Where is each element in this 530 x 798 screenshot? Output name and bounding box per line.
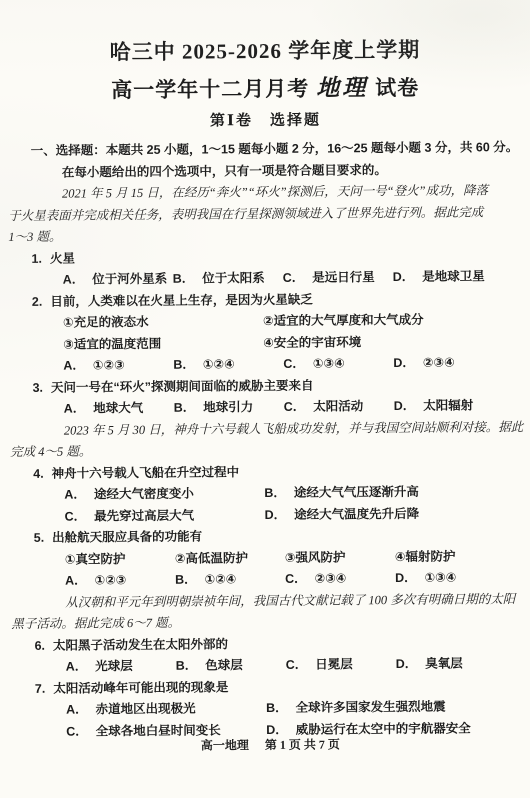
option-a: A．赤道地区出现极光 bbox=[66, 698, 266, 721]
option-label: C． bbox=[286, 658, 308, 672]
option-b: B．途经大气气压逐渐升高 bbox=[264, 482, 419, 505]
question-number: 2. bbox=[32, 291, 43, 313]
subitem-1: ①真空防护 bbox=[65, 548, 175, 570]
passage-3-line-1: 从汉朝和平元年到明朝崇祯年间，我国古代文献记载了 100 多次有明确日期的太阳 bbox=[4, 588, 530, 614]
option-a: A．光球层 bbox=[66, 656, 176, 678]
option-text: ①②④ bbox=[203, 357, 235, 371]
option-label: C． bbox=[283, 271, 305, 285]
option-c: C．日冕层 bbox=[286, 654, 396, 676]
option-text: ②③④ bbox=[315, 571, 347, 585]
option-label: C． bbox=[284, 400, 306, 414]
option-c: C．最先穿过高层大气 bbox=[64, 505, 264, 528]
option-text: ①③④ bbox=[313, 356, 345, 370]
option-text: 途经大气温度先升后降 bbox=[294, 506, 419, 521]
option-d: D．是地球卫星 bbox=[393, 266, 485, 288]
option-text: 位于河外星系 bbox=[92, 272, 167, 287]
option-c: C．②③④ bbox=[285, 568, 395, 590]
option-text: ①②③ bbox=[93, 358, 125, 372]
question-number: 1. bbox=[31, 248, 42, 270]
option-label: D． bbox=[393, 356, 415, 370]
option-label: D． bbox=[395, 571, 417, 585]
option-text: 最先穿过高层大气 bbox=[94, 508, 194, 523]
question-number: 5. bbox=[34, 528, 45, 550]
option-label: D． bbox=[396, 657, 418, 671]
question-number: 6. bbox=[34, 635, 45, 657]
option-d: D．臭氧层 bbox=[396, 653, 463, 675]
question-2-options: A．①②③ B．①②④ C．①③④ D．②③④ bbox=[2, 352, 530, 378]
subitem-2: ②适宜的大气厚度和大气成分 bbox=[263, 310, 424, 333]
option-text: ①③④ bbox=[425, 571, 457, 585]
option-label: B． bbox=[174, 401, 196, 415]
question-number: 7. bbox=[35, 678, 46, 700]
option-text: ①②③ bbox=[95, 573, 127, 587]
question-number: 4. bbox=[33, 463, 44, 485]
option-label: D． bbox=[266, 722, 288, 736]
instructions-line1: 一、选择题：本题共 25 小题，1～15 题每小题 2 分，16～25 题每小题… bbox=[1, 137, 530, 163]
footer-course: 高一地理 bbox=[201, 736, 249, 754]
option-b: B．全球许多国家发生强烈地震 bbox=[266, 697, 446, 720]
option-b: B．①②④ bbox=[175, 569, 285, 591]
option-label: A． bbox=[64, 401, 86, 415]
option-label: C． bbox=[285, 572, 307, 586]
option-label: A． bbox=[66, 702, 88, 716]
question-1-options: A．位于河外星系 B．位于太阳系 C．是远日行星 D．是地球卫星 bbox=[2, 266, 530, 292]
passage-1-line-2: 于火星表面并完成相关任务，表明我国在行星探测领域进入了世界先进行列。据此完成 bbox=[1, 201, 530, 227]
option-text: 是远日行星 bbox=[312, 270, 375, 284]
option-text: 途经大气密度变小 bbox=[94, 487, 194, 502]
option-label: C． bbox=[66, 724, 88, 738]
option-d: D．太阳辐射 bbox=[394, 395, 474, 417]
option-text: 途经大气气压逐渐升高 bbox=[294, 485, 419, 500]
footer-page-info: 第 1 页 共 7 页 bbox=[265, 735, 340, 754]
subitem-1: ①充足的液态水 bbox=[63, 311, 263, 334]
option-c: C．太阳活动 bbox=[284, 396, 394, 418]
option-text: 地球大气 bbox=[93, 401, 143, 415]
question-text: 太阳黑子活动发生在太阳外部的 bbox=[53, 634, 228, 657]
option-d: D．①③④ bbox=[395, 568, 456, 590]
option-a: A．①②③ bbox=[63, 355, 173, 377]
passage-2-line-1: 2023 年 5 月 30 日，神舟十六号载人飞船成功发射，并与我国空间站顺利对… bbox=[3, 416, 530, 442]
exam-title-line2: 高一学年十二月月考地理试卷 bbox=[0, 72, 530, 106]
option-label: B． bbox=[173, 358, 195, 372]
section-heading: 第Ⅰ卷 选择题 bbox=[0, 108, 530, 134]
subitem-3: ③强风防护 bbox=[285, 546, 395, 568]
exam-title-prefix: 高一学年十二月月考 bbox=[111, 77, 309, 103]
question-text: 火星 bbox=[50, 248, 75, 270]
option-text: 色球层 bbox=[205, 658, 243, 672]
question-text: 出舱航天服应具备的功能有 bbox=[52, 527, 202, 550]
question-text: 神舟十六号载人飞船在升空过程中 bbox=[52, 462, 240, 485]
subitem-2: ②高低温防护 bbox=[175, 547, 285, 569]
option-label: C． bbox=[283, 357, 305, 371]
option-label: B． bbox=[175, 573, 197, 587]
option-label: A． bbox=[66, 659, 88, 673]
option-label: A． bbox=[63, 272, 85, 286]
question-text: 目前，人类难以在火星上生存，是因为火星缺乏 bbox=[50, 289, 313, 313]
option-label: A． bbox=[64, 487, 86, 501]
subitem-4: ④辐射防护 bbox=[395, 546, 456, 568]
exam-title-line1: 哈三中 2025-2026 学年度上学期 bbox=[0, 34, 530, 68]
option-a: A．①②③ bbox=[65, 570, 175, 592]
option-b: B．位于太阳系 bbox=[173, 268, 283, 290]
option-label: C． bbox=[64, 509, 86, 523]
exam-sheet: 哈三中 2025-2026 学年度上学期 高一学年十二月月考地理试卷 第Ⅰ卷 选… bbox=[0, 0, 530, 798]
question-text: 太阳活动峰年可能出现的现象是 bbox=[53, 677, 228, 700]
option-text: 太阳活动 bbox=[313, 399, 363, 413]
option-label: B． bbox=[176, 659, 198, 673]
subitem-4: ④安全的宇宙环境 bbox=[263, 332, 361, 354]
option-label: D． bbox=[264, 507, 286, 521]
option-text: 赤道地区出现极光 bbox=[96, 702, 196, 717]
exam-body: 一、选择题：本题共 25 小题，1～15 题每小题 2 分，16～25 题每小题… bbox=[1, 137, 530, 743]
option-label: D． bbox=[394, 399, 416, 413]
subitem-3: ③适宜的温度范围 bbox=[63, 333, 263, 356]
option-a: A．位于河外星系 bbox=[63, 269, 173, 291]
option-d: D．途经大气温度先升后降 bbox=[264, 503, 419, 526]
question-6-options: A．光球层 B．色球层 C．日冕层 D．臭氧层 bbox=[5, 653, 530, 679]
option-text: 威胁运行在太空中的宇航器安全 bbox=[296, 721, 471, 736]
option-text: 地球引力 bbox=[203, 400, 253, 414]
exam-page: 哈三中 2025-2026 学年度上学期 高一学年十二月月考地理试卷 第Ⅰ卷 选… bbox=[0, 0, 530, 798]
exam-title-suffix: 试卷 bbox=[375, 76, 419, 100]
option-label: A． bbox=[63, 358, 85, 372]
option-label: A． bbox=[65, 573, 87, 587]
question-text: 天问一号在“环火”探测期间面临的威胁主要来自 bbox=[51, 375, 314, 399]
question-number: 3. bbox=[32, 377, 43, 399]
option-label: B． bbox=[264, 486, 286, 500]
option-text: 全球许多国家发生强烈地震 bbox=[296, 700, 446, 715]
option-b: B．色球层 bbox=[176, 655, 286, 677]
option-text: 是地球卫星 bbox=[422, 269, 485, 283]
option-a: A．途经大气密度变小 bbox=[64, 483, 264, 506]
option-text: 日冕层 bbox=[315, 657, 353, 671]
option-text: 位于太阳系 bbox=[202, 271, 265, 285]
exam-subject: 地理 bbox=[316, 75, 368, 100]
option-text: 太阳辐射 bbox=[423, 398, 473, 412]
option-text: 臭氧层 bbox=[425, 656, 463, 670]
option-label: B． bbox=[173, 272, 195, 286]
option-text: ①②④ bbox=[205, 572, 237, 586]
option-a: A．地球大气 bbox=[64, 398, 174, 420]
option-d: D．②③④ bbox=[393, 353, 454, 375]
option-label: B． bbox=[266, 701, 288, 715]
option-b: B．地球引力 bbox=[174, 397, 284, 419]
option-c: C．是远日行星 bbox=[283, 267, 393, 289]
option-c: C．①③④ bbox=[283, 353, 393, 375]
option-b: B．①②④ bbox=[173, 354, 283, 376]
option-label: D． bbox=[393, 270, 415, 284]
option-text: ②③④ bbox=[423, 356, 455, 370]
option-text: 光球层 bbox=[95, 659, 133, 673]
